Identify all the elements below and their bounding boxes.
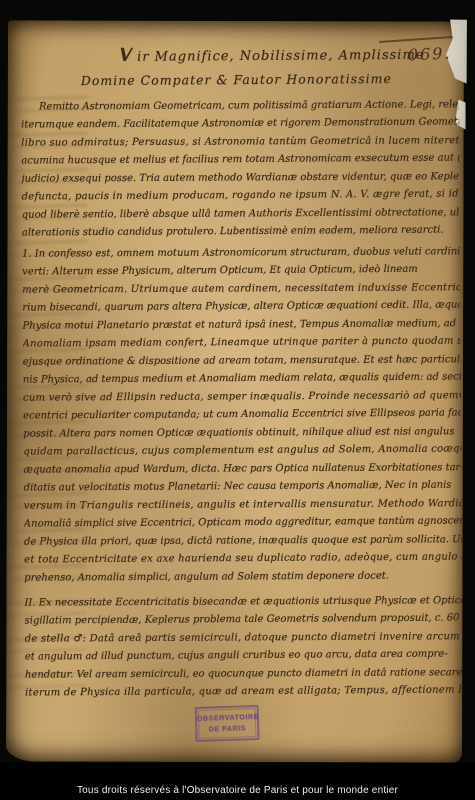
manuscript-line: de stella ♂: Datâ areâ partis semicircul… — [25, 628, 463, 648]
manuscript-line: Anomaliam ipsam mediam confert, Lineamqu… — [23, 332, 461, 353]
manuscript-line: defuncta, paucis in medium producam, rog… — [22, 185, 460, 206]
manuscript-line: II. Ex necessitate Eccentricitatis bisec… — [24, 592, 462, 612]
manuscript-line: sigillatim percipiendæ, Keplerus problem… — [25, 609, 463, 630]
copyright-bar: Tous droits réservés à l'Observatoire de… — [0, 763, 475, 800]
manuscript-line: æquata anomalia apud Wardum, dicta. Hæc … — [23, 459, 461, 479]
salutation-line-2: Domine Compater & Fautor Honoratissime — [81, 71, 392, 88]
manuscript-line: quod liberè sentio, liberè absque ullâ t… — [22, 204, 460, 224]
manuscript-line: ejusque ordinatione & dispositione ad ar… — [23, 351, 461, 371]
manuscript-line: 1. In confesso est, omnem motuum Astrono… — [22, 243, 460, 263]
manuscript-line: possit. Altera pars nomen Opticæ æquatio… — [23, 423, 461, 443]
manuscript-line: cum verò sive ad Ellipsin reducta, sempe… — [23, 387, 461, 407]
manuscript-line: alterationis studio candidus protulero. … — [22, 221, 460, 242]
manuscript-line: nis Physica, ad tempus medium et Anomali… — [23, 368, 461, 389]
manuscript-line: Physica motui Planetario præstat et natu… — [22, 315, 460, 335]
manuscript-line: judicio) exsequi posse. Tria autem metho… — [21, 168, 459, 188]
manuscript-line: et angulum ad illud punctum, cujus angul… — [25, 645, 463, 666]
copyright-text: Tous droits réservés à l'Observatoire de… — [0, 785, 475, 796]
paragraph-intro: Remitto Astronomiam Geometricam, cum pol… — [21, 95, 460, 242]
folio-overline — [379, 36, 453, 43]
manuscript-line: Remitto Astronomiam Geometricam, cum pol… — [21, 96, 459, 116]
manuscript-line: de Physica illa priori, quæ ipsa, dictâ … — [24, 531, 462, 551]
stamp-line-2: DE PARIS — [197, 723, 257, 736]
manuscript-line: rium bisecandi, quarum pars altera Physi… — [22, 296, 460, 317]
manuscript-line: versum in Triangulis rectilineis, anguli… — [24, 495, 462, 515]
observatoire-stamp: OBSERVATOIRE DE PARIS — [195, 705, 260, 742]
paragraph-section-1: 1. In confesso est, omnem motuum Astrono… — [22, 242, 462, 587]
manuscript-line: Anomaliâ simplici sive Eccentrici, Optic… — [24, 512, 462, 533]
stamp-line-1: OBSERVATOIRE — [197, 712, 257, 725]
manuscript-line: ecentrici peculiariter computanda; ut cu… — [23, 404, 461, 425]
manuscript-line: et tota Eccentricitate ex axe haurienda … — [24, 548, 462, 569]
manuscript-text: Vir Magnifice, Nobilissime, Amplissime D… — [21, 45, 464, 738]
photo-background: 069. Vir Magnifice, Nobilissime, Ampliss… — [0, 0, 475, 800]
manuscript-line: acumina hucusque et melius et facilius r… — [21, 149, 459, 170]
manuscript-line: verti: Alterum esse Physicum, alterum Op… — [22, 260, 460, 281]
manuscript-line: iterum de Physica illa particula, quæ ad… — [25, 681, 463, 702]
manuscript-line: prehenso, Anomalia simplici, angulum ad … — [24, 567, 462, 587]
manuscript-line: quidam parallacticus, cujus complementum… — [23, 440, 461, 461]
manuscript-line: libro suo admiratus; Persuasus, si Astro… — [21, 132, 459, 152]
manuscript-page: 069. Vir Magnifice, Nobilissime, Ampliss… — [6, 20, 464, 762]
manuscript-line: hendatur. Vel aream semicirculi, eo quoc… — [25, 664, 463, 684]
manuscript-line: merè Geometricam. Utriumque autem cardin… — [22, 279, 460, 299]
manuscript-line: ditatis aut velocitatis motus Planetarii… — [24, 476, 462, 497]
paragraph-section-2: II. Ex necessitate Eccentricitatis bisec… — [24, 591, 463, 702]
manuscript-line: iterumque eandem. Facilitatemque Astrono… — [21, 113, 459, 134]
salutation-line-1: Vir Magnifice, Nobilissime, Amplissime — [117, 46, 425, 65]
